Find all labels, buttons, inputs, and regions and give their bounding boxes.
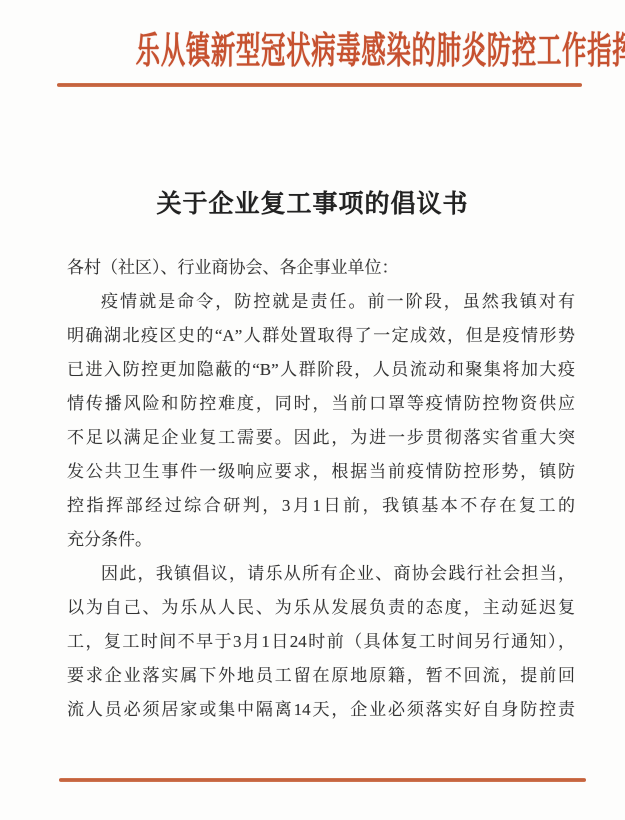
body-line: 充分条件。 bbox=[67, 523, 575, 557]
body-line: 因此，我镇倡议，请乐从所有企业、商协会践行社会担当， bbox=[67, 557, 575, 591]
body-line: 情传播风险和防控难度，同时，当前口罩等疫情防控物资供应 bbox=[67, 387, 575, 421]
body-line: 不足以满足企业复工需要。因此，为进一步贯彻落实省重大突 bbox=[67, 421, 575, 455]
document-page: 乐从镇新型冠状病毒感染的肺炎防控工作指挥部 关于企业复工事项的倡议书 各村（社区… bbox=[0, 0, 625, 820]
letterhead-org-title: 乐从镇新型冠状病毒感染的肺炎防控工作指挥部 bbox=[136, 20, 625, 74]
footer-red-rule bbox=[59, 778, 586, 782]
body-line: 控指挥部经过综合研判，3月1日前，我镇基本不存在复工的 bbox=[67, 489, 575, 523]
body-line: 明确湖北疫区史的“A”人群处置取得了一定成效，但是疫情形势 bbox=[67, 319, 575, 353]
body-line: 疫情就是命令，防控就是责任。前一阶段，虽然我镇对有 bbox=[67, 285, 575, 319]
document-body: 各村（社区）、行业商协会、各企事业单位： 疫情就是命令，防控就是责任。前一阶段，… bbox=[67, 251, 575, 727]
body-line: 流人员必须居家或集中隔离14天，企业必须落实好自身防控责 bbox=[67, 693, 575, 727]
letterhead-red-rule bbox=[57, 83, 582, 87]
body-line: 工，复工时间不早于3月1日24时前（具体复工时间另行通知）， bbox=[67, 625, 575, 659]
body-line: 以为自己、为乐从人民、为乐从发展负责的态度，主动延迟复 bbox=[67, 591, 575, 625]
body-line: 已进入防控更加隐蔽的“B”人群阶段，人员流动和聚集将加大疫 bbox=[67, 353, 575, 387]
letterhead: 乐从镇新型冠状病毒感染的肺炎防控工作指挥部 bbox=[0, 20, 625, 74]
salutation-line: 各村（社区）、行业商协会、各企事业单位： bbox=[67, 251, 575, 285]
body-line: 要求企业落实属下外地员工留在原地原籍，暂不回流，提前回 bbox=[67, 659, 575, 693]
document-title: 关于企业复工事项的倡议书 bbox=[0, 184, 625, 220]
body-line: 发公共卫生事件一级响应要求，根据当前疫情防控形势，镇防 bbox=[67, 455, 575, 489]
